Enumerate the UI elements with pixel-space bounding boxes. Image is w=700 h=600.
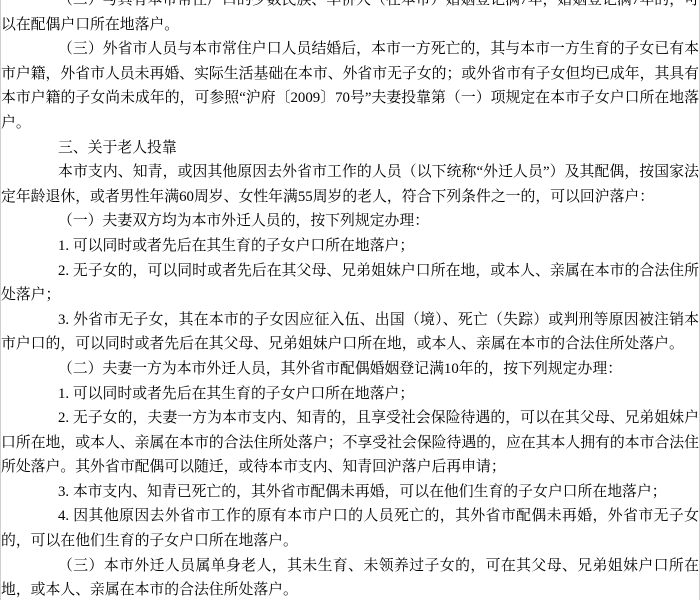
list-item-2a: 1. 可以同时或者先后在其生育的子女户口所在地落户；: [1, 382, 699, 407]
list-item-1c: 3. 外省市无子女，其在本市的子女因应征入伍、出国（境）、死亡（失踪）或判刑等原…: [1, 308, 699, 357]
section-heading-elderly: 三、关于老人投靠: [1, 136, 699, 161]
list-item-1b: 2. 无子女的，可以同时或者先后在其父母、兄弟姐妹户口所在地，或本人、亲属在本市…: [1, 259, 699, 308]
document-page: （二）与具有本市常住户口的少数民族、华侨人（在本市）婚姻登记满7年，婚姻登记满7…: [0, 0, 700, 600]
paragraph-condition-3: （三）本市外迁人员属单身老人，其未生育、未领养过子女的，可在其父母、兄弟姐妹户口…: [1, 554, 699, 600]
paragraph-condition-2: （二）夫妻一方为本市外迁人员，其外省市配偶婚姻登记满10年的，按下列规定办理：: [1, 357, 699, 382]
list-item-1a: 1. 可以同时或者先后在其生育的子女户口所在地落户；: [1, 234, 699, 259]
policy-text-column: （二）与具有本市常住户口的少数民族、华侨人（在本市）婚姻登记满7年，婚姻登记满7…: [1, 0, 699, 600]
paragraph-condition-1: （一）夫妻双方均为本市外迁人员的，按下列规定办理：: [1, 209, 699, 234]
list-item-2d: 4. 因其他原因去外省市工作的原有本市户口的人员死亡的，其外省市配偶未再婚，外省…: [1, 504, 699, 553]
paragraph-elderly-intro: 本市支内、知青，或因其他原因去外省市工作的人员（以下统称“外迁人员”）及其配偶，…: [1, 160, 699, 209]
paragraph-clipped-top: （二）与具有本市常住户口的少数民族、华侨人（在本市）婚姻登记满7年，婚姻登记满7…: [1, 0, 699, 37]
paragraph-spouse-rule-3: （三）外省市人员与本市常住户口人员结婚后，本市一方死亡的，其与本市一方生育的子女…: [1, 37, 699, 135]
list-item-2c: 3. 本市支内、知青已死亡的，其外省市配偶未再婚，可以在他们生育的子女户口所在地…: [1, 480, 699, 505]
list-item-2b: 2. 无子女的，夫妻一方为本市支内、知青的，且享受社会保险待遇的，可以在其父母、…: [1, 406, 699, 480]
